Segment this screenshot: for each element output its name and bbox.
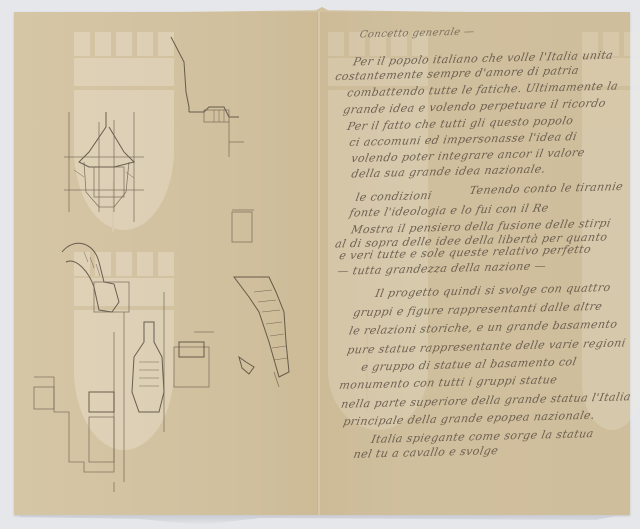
stair-ramp-perspective-sketch	[234, 277, 289, 387]
stair-volute-sketch	[62, 243, 129, 312]
monument-plan-elevation-sketch	[34, 292, 214, 492]
manuscript-line: le condizioni	[355, 189, 434, 204]
pinnacle-elevation-sketch	[64, 112, 144, 222]
small-rectangle-sketch	[232, 210, 254, 242]
manuscript-heading: Concetto generale —	[359, 27, 476, 41]
paper-shadow	[20, 515, 620, 525]
right-page: Concetto generale — Per il popolo italia…	[320, 12, 630, 515]
manuscript-line: Italia spiegante come sorge la statua	[370, 427, 595, 446]
architectural-sketches	[14, 12, 318, 515]
left-page	[14, 12, 318, 515]
cornice-profile-sketch	[171, 37, 244, 157]
manuscript-line: nel tu a cavallo e svolge	[352, 444, 499, 461]
manuscript-sheet: Concetto generale — Per il popolo italia…	[14, 12, 630, 515]
